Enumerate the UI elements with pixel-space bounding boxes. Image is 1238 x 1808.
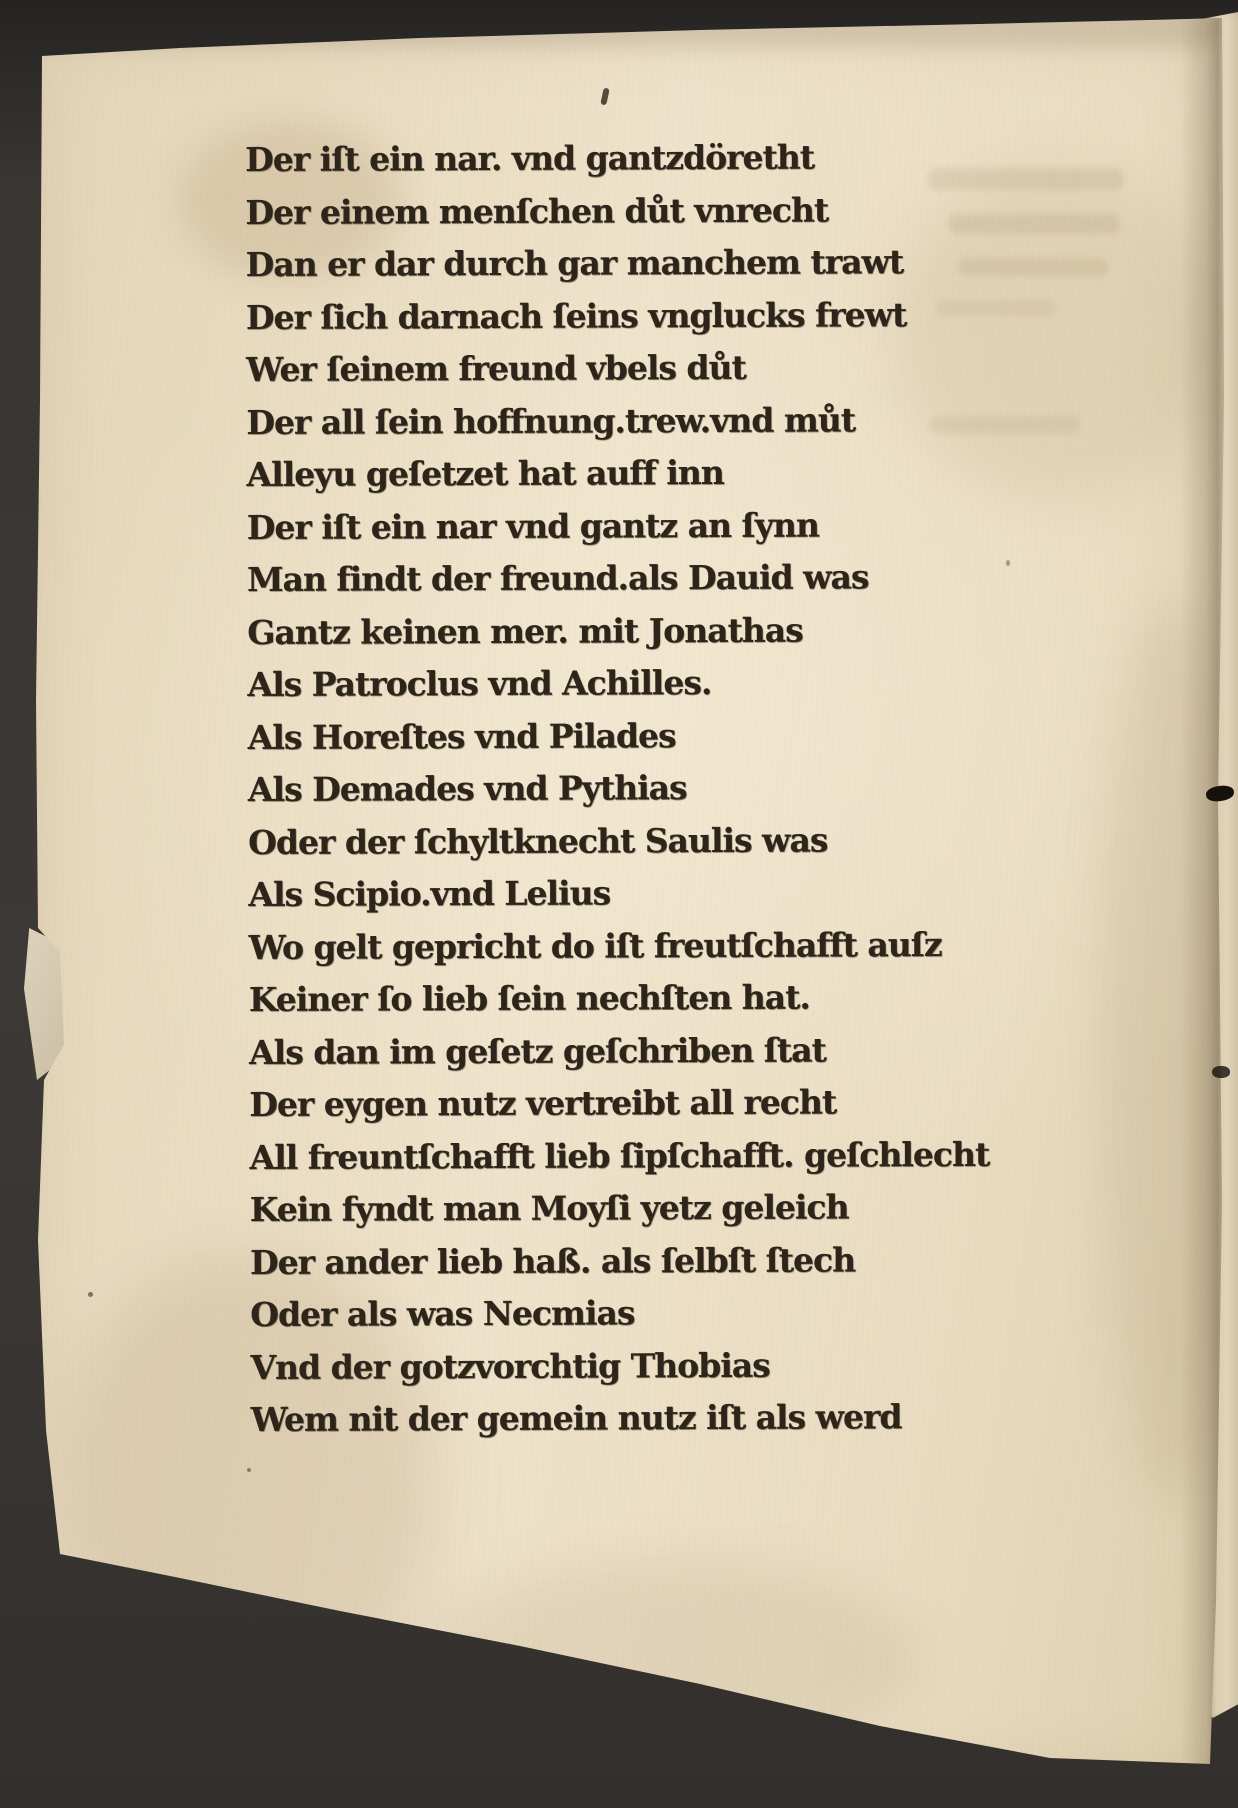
poem-line: Als Patroclus vnd Achilles. <box>247 655 1167 712</box>
book-page: Der iſt ein nar. vnd gantzdöretht Der ei… <box>0 0 1238 1808</box>
poem-line: Keiner ſo lieb ſein nechſten hat. <box>249 970 1169 1027</box>
poem-line: Als Horeſtes vnd Pilades <box>248 707 1168 764</box>
poem-line: Man findt der freund.als Dauid was <box>247 550 1167 607</box>
poem-line: Der iſt ein nar vnd gantz an ſynn <box>247 497 1167 554</box>
poem-line: Wer ſeinem freund vbels důt <box>246 340 1166 397</box>
poem-line: Der einem menſchen důt vnrecht <box>245 182 1165 239</box>
poem-line: Der iſt ein nar. vnd gantzdöretht <box>245 130 1165 187</box>
poem-line: Oder der ſchyltknecht Saulis was <box>248 812 1168 869</box>
poem-line: Als Demades vnd Pythias <box>248 760 1168 817</box>
poem-line: Der ander lieb haß. als ſelbſt ſtech <box>250 1232 1170 1289</box>
poem-line: Oder als was Necmias <box>250 1285 1170 1342</box>
poem-line: Dan er dar durch gar manchem trawt <box>246 235 1166 292</box>
poem-text-block: Der iſt ein nar. vnd gantzdöretht Der ei… <box>245 130 1171 1447</box>
poem-line: Der ſich darnach ſeins vnglucks frewt <box>246 287 1166 344</box>
poem-line: Alleyu geſetzet hat auff inn <box>247 445 1167 502</box>
paper-stain <box>40 14 1220 48</box>
ink-speck <box>88 1292 93 1297</box>
book-scan: Der iſt ein nar. vnd gantzdöretht Der ei… <box>0 0 1238 1808</box>
poem-line: Der eygen nutz vertreibt all recht <box>249 1075 1169 1132</box>
poem-line: Wem nit der gemein nutz iſt als werd <box>251 1390 1171 1447</box>
poem-line: Als Scipio.vnd Lelius <box>248 865 1168 922</box>
poem-line: Wo gelt gepricht do iſt freutſchafft auſ… <box>249 917 1169 974</box>
poem-line: All freuntſchafft lieb ſipſchafft. geſch… <box>249 1127 1169 1184</box>
poem-line: Gantz keinen mer. mit Jonathas <box>247 602 1167 659</box>
paper-stain <box>420 1560 920 1760</box>
ink-speck <box>247 1468 251 1472</box>
ink-speck <box>600 88 609 106</box>
binding-thread-mark <box>1212 1066 1230 1078</box>
poem-line: Vnd der gotzvorchtig Thobias <box>250 1337 1170 1394</box>
poem-line: Kein fyndt man Moyſi yetz geleich <box>250 1180 1170 1237</box>
poem-line: Als dan im geſetz geſchriben ſtat <box>249 1022 1169 1079</box>
poem-line: Der all ſein hoffnung.trew.vnd můt <box>246 392 1166 449</box>
